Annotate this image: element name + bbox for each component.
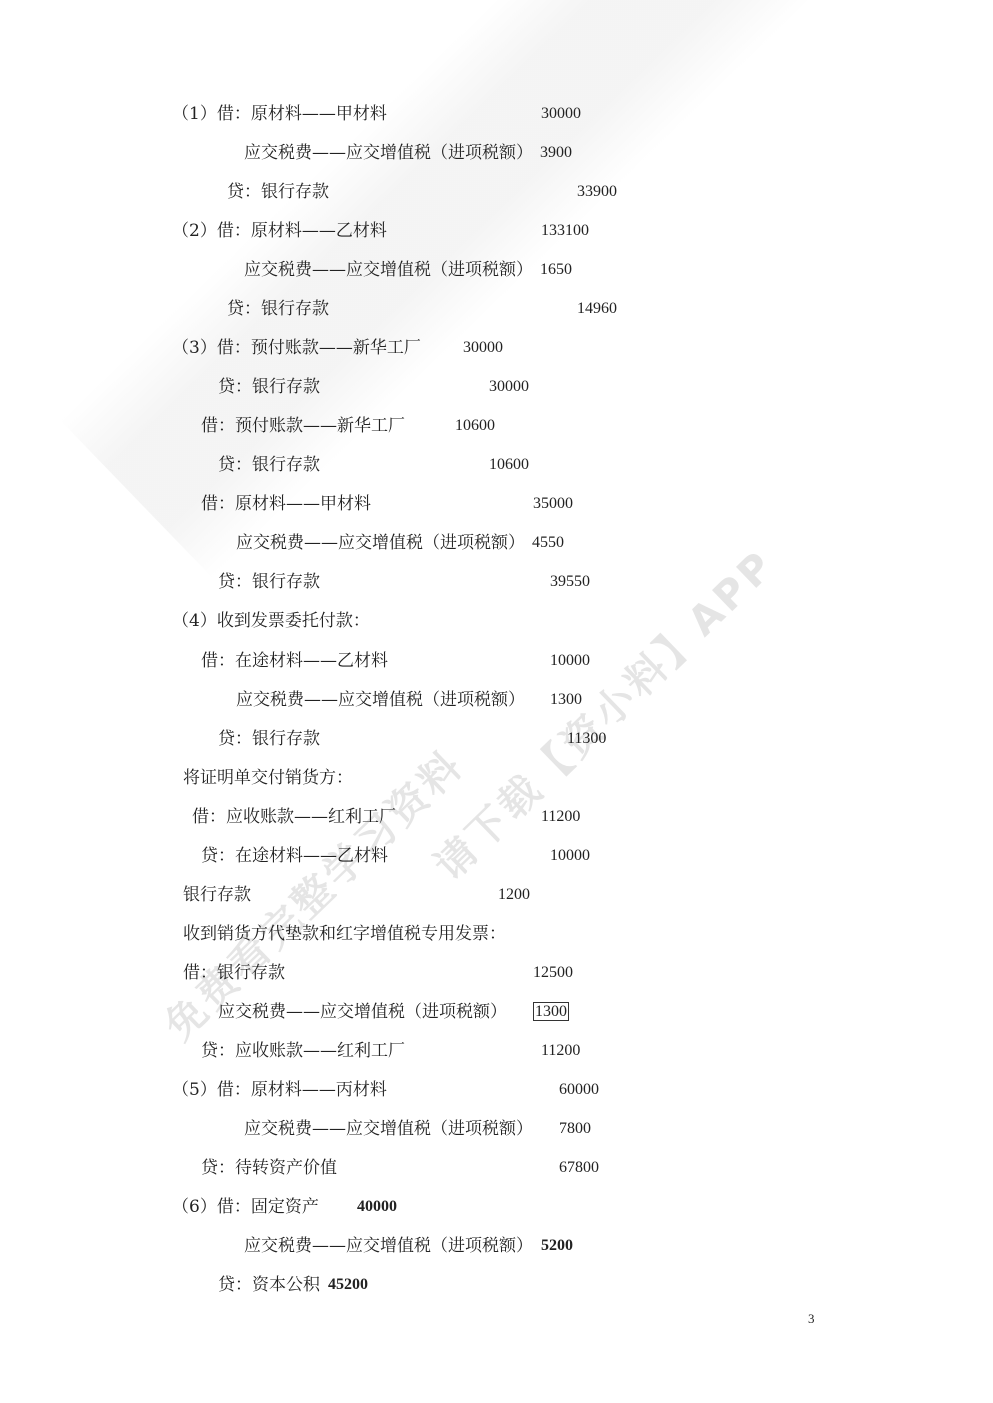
amount-value: 1300 <box>550 691 582 708</box>
entry-text: 贷：应收账款——红利工厂 <box>201 1041 405 1061</box>
entry-amount: 10600 <box>455 416 495 436</box>
entry-text: 应交税费——应交增值税（进项税额） <box>244 260 533 280</box>
entry-text: 应交税费——应交增值税（进项税额） <box>244 1119 533 1139</box>
entry-amount: 11200 <box>541 1041 580 1061</box>
entry-text: 应交税费——应交增值税（进项税额） <box>244 1236 533 1256</box>
entry-amount: 4550 <box>532 533 564 553</box>
entry-text: （2）借：原材料——乙材料 <box>172 221 387 241</box>
entry-amount: 67800 <box>559 1158 599 1178</box>
entry-text: 贷：银行存款 <box>227 182 329 202</box>
entry-text: 贷：银行存款 <box>218 377 320 397</box>
entry-text: 贷：待转资产价值 <box>201 1158 337 1178</box>
entry-amount: 11200 <box>541 807 580 827</box>
amount-value: 133100 <box>541 222 589 239</box>
entry-amount: 10000 <box>550 651 590 671</box>
entry-text: 贷：银行存款 <box>218 455 320 475</box>
page-number: 3 <box>808 1311 815 1327</box>
amount-value: 5200 <box>541 1237 573 1254</box>
entry-amount: 39550 <box>550 572 590 592</box>
amount-value: 14960 <box>577 300 617 317</box>
entry-amount: 1200 <box>498 885 530 905</box>
amount-value: 45200 <box>328 1276 368 1293</box>
amount-value: 30000 <box>463 339 503 356</box>
entry-amount: 45200 <box>328 1275 368 1295</box>
entry-text: 贷：资本公积 <box>218 1275 320 1295</box>
entry-amount: 1650 <box>540 260 572 280</box>
entry-text: 银行存款 <box>183 885 251 905</box>
entry-amount: 7800 <box>559 1119 591 1139</box>
entry-text: 应交税费——应交增值税（进项税额） <box>244 143 533 163</box>
entry-amount: 1300 <box>533 1002 569 1022</box>
entry-text: 借：原材料——甲材料 <box>201 494 371 514</box>
amount-value: 67800 <box>559 1159 599 1176</box>
entry-amount: 10600 <box>489 455 529 475</box>
entry-text: （6）借：固定资产 <box>172 1197 319 1217</box>
entry-text: 借：预付账款——新华工厂 <box>201 416 405 436</box>
amount-value: 12500 <box>533 964 573 981</box>
entry-text: 借：应收账款——红利工厂 <box>192 807 396 827</box>
document-page: 免费看完整学习资料 请下载【资小料】APP （1）借：原材料——甲材料30000… <box>0 0 993 1403</box>
amount-value: 40000 <box>357 1198 397 1215</box>
amount-value: 39550 <box>550 573 590 590</box>
amount-value: 11200 <box>541 1042 580 1059</box>
entry-amount: 11300 <box>567 729 606 749</box>
amount-value: 30000 <box>489 378 529 395</box>
entry-amount: 35000 <box>533 494 573 514</box>
amount-value: 1650 <box>540 261 572 278</box>
amount-value: 33900 <box>577 183 617 200</box>
entry-amount: 30000 <box>489 377 529 397</box>
entry-text: 应交税费——应交增值税（进项税额） <box>236 533 525 553</box>
watermark-band <box>60 0 932 578</box>
amount-value: 1200 <box>498 886 530 903</box>
amount-value: 10000 <box>550 847 590 864</box>
amount-value: 35000 <box>533 495 573 512</box>
entry-text: 贷：银行存款 <box>218 572 320 592</box>
watermark-line-2: 请下载【资小料】APP <box>420 535 786 891</box>
entry-text: 收到销货方代垫款和红字增值税专用发票： <box>183 924 506 944</box>
entry-amount: 14960 <box>577 299 617 319</box>
entry-amount: 5200 <box>541 1236 573 1256</box>
entry-amount: 133100 <box>541 221 589 241</box>
amount-value: 10600 <box>489 456 529 473</box>
entry-text: （4）收到发票委托付款： <box>172 611 370 631</box>
amount-value: 10600 <box>455 417 495 434</box>
entry-text: 贷：银行存款 <box>218 729 320 749</box>
amount-value: 60000 <box>559 1081 599 1098</box>
amount-value: 11200 <box>541 808 580 825</box>
entry-text: 应交税费——应交增值税（进项税额） <box>236 690 525 710</box>
entry-text: （3）借：预付账款——新华工厂 <box>172 338 421 358</box>
entry-text: 贷：在途材料——乙材料 <box>201 846 388 866</box>
amount-value: 11300 <box>567 730 606 747</box>
highlighted-amount: 1300 <box>533 1002 569 1021</box>
entry-text: （1）借：原材料——甲材料 <box>172 104 387 124</box>
amount-value: 3900 <box>540 144 572 161</box>
entry-amount: 33900 <box>577 182 617 202</box>
entry-amount: 12500 <box>533 963 573 983</box>
entry-amount: 1300 <box>550 690 582 710</box>
entry-text: 借：银行存款 <box>183 963 285 983</box>
entry-amount: 60000 <box>559 1080 599 1100</box>
amount-value: 7800 <box>559 1120 591 1137</box>
entry-text: 应交税费——应交增值税（进项税额） <box>218 1002 507 1022</box>
entry-amount: 30000 <box>541 104 581 124</box>
entry-amount: 3900 <box>540 143 572 163</box>
amount-value: 4550 <box>532 534 564 551</box>
entry-amount: 30000 <box>463 338 503 358</box>
entry-text: 将证明单交付销货方： <box>183 768 353 788</box>
entry-text: （5）借：原材料——丙材料 <box>172 1080 387 1100</box>
entry-text: 借：在途材料——乙材料 <box>201 651 388 671</box>
entry-text: 贷：银行存款 <box>227 299 329 319</box>
entry-amount: 40000 <box>357 1197 397 1217</box>
amount-value: 10000 <box>550 652 590 669</box>
amount-value: 30000 <box>541 105 581 122</box>
entry-amount: 10000 <box>550 846 590 866</box>
